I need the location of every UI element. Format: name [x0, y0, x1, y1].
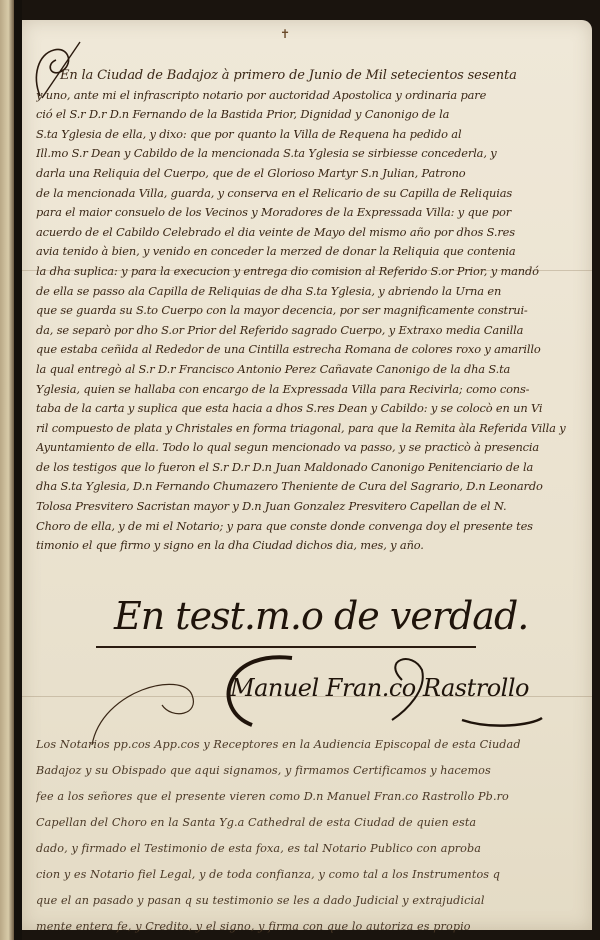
body-line: Yglesia, quien se hallaba con encargo de… — [36, 380, 584, 400]
notary-signature-name: Manuel Fran.co Rastrollo — [230, 674, 529, 702]
body-line: da, se separò por dho S.or Prior del Ref… — [36, 321, 584, 341]
certification-line: Los Notarios pp.cos App.cos y Receptores… — [36, 732, 584, 758]
body-line: Choro de ella, y de mi el Notario; y par… — [36, 517, 584, 537]
page-gutter — [14, 0, 22, 940]
body-line: la qual entregò al S.r D.r Francisco Ant… — [36, 360, 584, 380]
body-line: avia tenido à bien, y venido en conceder… — [36, 242, 584, 262]
body-line: para el maior consuelo de los Vecinos y … — [36, 203, 584, 223]
body-line: Tolosa Presvitero Sacristan mayor y D.n … — [36, 497, 584, 517]
certification-line: Capellan del Choro en la Santa Yg.a Cath… — [36, 810, 584, 836]
body-line: Ill.mo S.r Dean y Cabildo de la menciona… — [36, 144, 584, 164]
body-line: acuerdo de el Cabildo Celebrado el dia v… — [36, 223, 584, 243]
body-line: la dha suplica: y para la execucion y en… — [36, 262, 584, 282]
body-line: S.ta Yglesia de ella, y dixo: que por qu… — [36, 125, 584, 145]
certification-line: cion y es Notario fiel Legal, y de toda … — [36, 862, 584, 888]
body-line: taba de la carta y suplica que esta haci… — [36, 399, 584, 419]
certification-line: mente entera fe, y Credito, y el signo, … — [36, 914, 584, 940]
body-line: ril compuesto de plata y Christales en f… — [36, 419, 584, 439]
body-line: que se guarda su S.to Cuerpo con la mayo… — [36, 301, 584, 321]
body-line: que estaba ceñida al Rededor de una Cint… — [36, 340, 584, 360]
body-line: ció el S.r D.r D.n Fernando de la Bastid… — [36, 105, 584, 125]
body-line: En la Ciudad de Badajoz à primero de Jun… — [36, 66, 584, 86]
body-line: y uno, ante mi el infrascripto notario p… — [36, 86, 584, 106]
body-line: de ella se passo ala Capilla de Reliquia… — [36, 282, 584, 302]
certification-line: que el an pasado y pasan q su testimonio… — [36, 888, 584, 914]
notary-signature-block: En test.m.o de verdad. Manuel Fran.co Ra… — [22, 590, 592, 740]
certification-line: dado, y firmado el Testimonio de esta fo… — [36, 836, 584, 862]
body-line: timonio el que firmo y signo en la dha C… — [36, 536, 584, 556]
manuscript-page: ✝ En la Ciudad de Badajoz à primero de J… — [22, 20, 592, 930]
cross-mark-icon: ✝ — [280, 28, 290, 40]
body-line: dha S.ta Yglesia, D.n Fernando Chumazero… — [36, 477, 584, 497]
signature-underline — [96, 646, 476, 648]
adjacent-page-edge — [0, 0, 14, 940]
certification-line: Badajoz y su Obispado que aqui signamos,… — [36, 758, 584, 784]
body-line: Ayuntamiento de ella. Todo lo qual segun… — [36, 438, 584, 458]
certification-line: fee a los señores que el presente vieren… — [36, 784, 584, 810]
certification-body: Los Notarios pp.cos App.cos y Receptores… — [36, 732, 584, 940]
attestation-text: En test.m.o de verdad. — [114, 594, 528, 638]
testimony-body: En la Ciudad de Badajoz à primero de Jun… — [36, 66, 584, 556]
body-line: de la mencionada Villa, guarda, y conser… — [36, 184, 584, 204]
body-line: de los testigos que lo fueron el S.r D.r… — [36, 458, 584, 478]
body-line: darla una Reliquia del Cuerpo, que de el… — [36, 164, 584, 184]
